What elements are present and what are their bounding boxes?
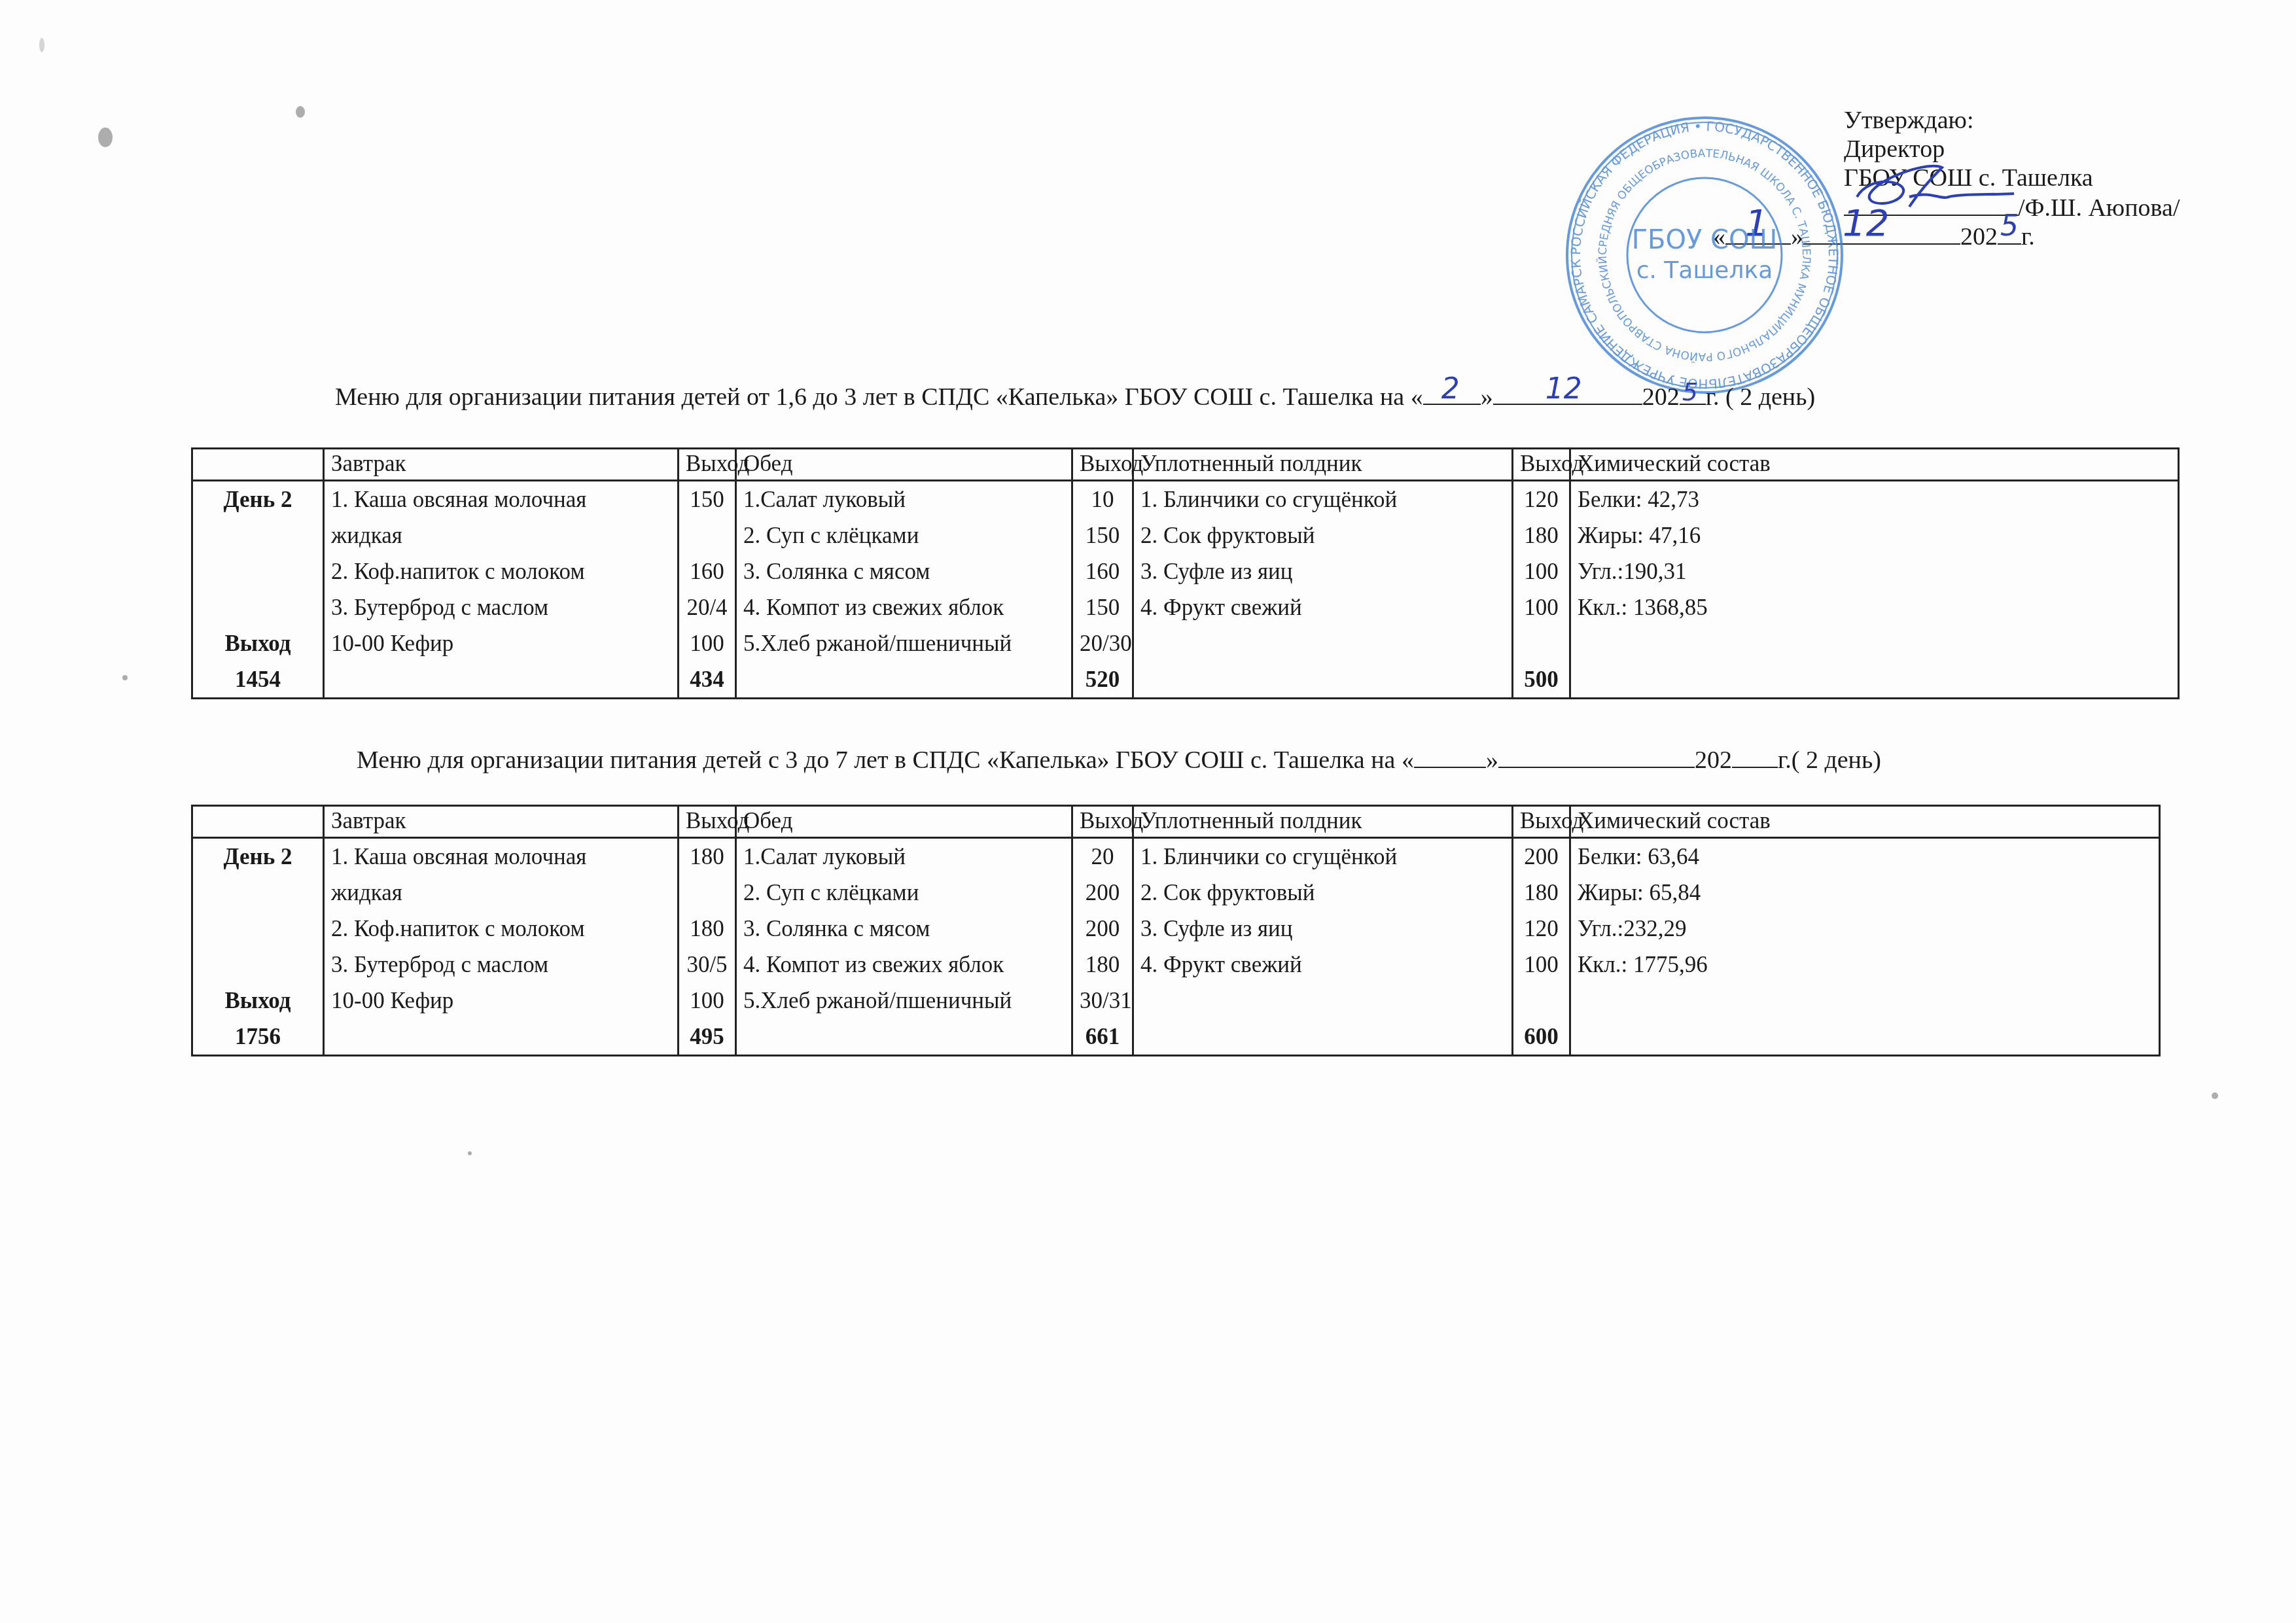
chemical-value	[1578, 661, 2171, 697]
chemical-value: Угл.:232,29	[1578, 911, 2152, 947]
menu-1-day-blank: 2	[1423, 381, 1481, 405]
breakfast-yield: 30/5	[686, 947, 728, 983]
day-cell: День 2 Выход 1454	[192, 481, 324, 699]
snack-item: 3. Суфле из яиц	[1140, 911, 1505, 947]
snack-yield: 500	[1520, 661, 1563, 697]
lunch-yield: 10	[1080, 481, 1125, 517]
menu-2-month-blank	[1498, 744, 1695, 768]
lunch-yield: 20	[1080, 839, 1125, 875]
lunch-item: 1.Салат луковый	[743, 481, 1065, 517]
breakfast-yields: 15016020/4100434	[679, 481, 736, 699]
snack-item: 4. Фрукт свежий	[1140, 589, 1505, 625]
breakfast-items: 1. Каша овсяная молочнаяжидкая2. Коф.нап…	[324, 838, 679, 1056]
lunch-item: 1.Салат луковый	[743, 839, 1065, 875]
snack-yield	[1520, 983, 1563, 1019]
approval-year-handwritten: 5	[2000, 212, 2019, 241]
lunch-item: 3. Солянка с мясом	[743, 911, 1065, 947]
approval-signatory: /Ф.Ш. Аюпова/	[2018, 194, 2180, 222]
header-lunch: Обед	[736, 449, 1072, 481]
menu-1-year-blank: 5	[1680, 381, 1706, 405]
header-empty	[192, 449, 324, 481]
header-yield: Выход	[679, 806, 736, 838]
table-header-row: Завтрак Выход Обед Выход Уплотненный пол…	[192, 806, 2160, 838]
breakfast-item: 3. Бутерброд с маслом	[331, 947, 671, 983]
lunch-yield: 200	[1080, 875, 1125, 911]
snack-yield: 100	[1520, 947, 1563, 983]
lunch-item: 2. Суп с клёцками	[743, 517, 1065, 553]
menu-2-year-blank	[1732, 744, 1778, 768]
approval-month-blank: 12	[1803, 221, 1960, 245]
snack-item	[1140, 1019, 1505, 1055]
scan-speck	[122, 675, 128, 680]
lunch-yield: 661	[1080, 1019, 1125, 1055]
lunch-yield: 150	[1080, 589, 1125, 625]
snack-yield: 100	[1520, 553, 1563, 589]
lunch-yield: 150	[1080, 517, 1125, 553]
snack-item	[1140, 983, 1505, 1019]
header-empty	[192, 806, 324, 838]
header-chemical: Химический состав	[1570, 449, 2179, 481]
chemical-value: Жиры: 65,84	[1578, 875, 2152, 911]
lunch-yields: 1015016015020/30520	[1072, 481, 1133, 699]
breakfast-yield: 434	[686, 661, 728, 697]
snack-yields: 120180100100500	[1513, 481, 1570, 699]
breakfast-yield: 495	[686, 1019, 728, 1055]
snack-item	[1140, 661, 1505, 697]
breakfast-item: 2. Коф.напиток с молоком	[331, 553, 671, 589]
scan-speck	[2212, 1092, 2218, 1099]
lunch-item: 2. Суп с клёцками	[743, 875, 1065, 911]
snack-yield: 120	[1520, 481, 1563, 517]
header-snack: Уплотненный полдник	[1133, 449, 1513, 481]
header-yield: Выход	[1072, 449, 1133, 481]
total-label: Выход	[200, 983, 316, 1019]
chemical-composition: Белки: 42,73Жиры: 47,16Угл.:190,31Ккл.: …	[1570, 481, 2179, 699]
chemical-composition: Белки: 63,64Жиры: 65,84Угл.:232,29Ккл.: …	[1570, 838, 2160, 1056]
breakfast-item: 1. Каша овсяная молочная	[331, 481, 671, 517]
day-cell: День 2 Выход 1756	[192, 838, 324, 1056]
snack-items: 1. Блинчики со сгущёнкой2. Сок фруктовый…	[1133, 481, 1513, 699]
breakfast-item: 10-00 Кефир	[331, 983, 671, 1019]
breakfast-item: 10-00 Кефир	[331, 625, 671, 661]
approval-day-blank: 1	[1725, 221, 1791, 245]
scan-speck	[468, 1151, 472, 1155]
snack-yield: 100	[1520, 589, 1563, 625]
lunch-yield: 30/31	[1080, 983, 1125, 1019]
menu-2-table: Завтрак Выход Обед Выход Уплотненный пол…	[191, 805, 2161, 1056]
breakfast-item: жидкая	[331, 517, 671, 553]
approval-year-blank: 5	[1998, 221, 2021, 245]
table-header-row: Завтрак Выход Обед Выход Уплотненный пол…	[192, 449, 2179, 481]
menu-1-table: Завтрак Выход Обед Выход Уплотненный пол…	[191, 447, 2180, 699]
header-yield: Выход	[1513, 806, 1570, 838]
header-yield: Выход	[1513, 449, 1570, 481]
breakfast-yield: 150	[686, 481, 728, 517]
stamp-outer-text: РОССИЙСКАЯ ФЕДЕРАЦИЯ • ГОСУДАРСТВЕННОЕ Б…	[1564, 114, 1841, 392]
chemical-value: Угл.:190,31	[1578, 553, 2171, 589]
chemical-value	[1578, 625, 2171, 661]
breakfast-yield	[686, 875, 728, 911]
chemical-value	[1578, 1019, 2152, 1055]
approval-month-handwritten: 12	[1843, 209, 1889, 238]
breakfast-item: 3. Бутерброд с маслом	[331, 589, 671, 625]
scan-speck	[98, 128, 113, 147]
lunch-item: 3. Солянка с мясом	[743, 553, 1065, 589]
table-row: День 2 Выход 1454 1. Каша овсяная молочн…	[192, 481, 2179, 699]
snack-yields: 200180120100600	[1513, 838, 1570, 1056]
lunch-yield: 200	[1080, 911, 1125, 947]
approval-block: Утверждаю: Директор ГБОУ СОШ с. Ташелка …	[1844, 106, 2180, 250]
snack-item: 1. Блинчики со сгущёнкой	[1140, 839, 1505, 875]
approval-date: «1»122025г.	[1713, 221, 2180, 250]
breakfast-item: 2. Коф.напиток с молоком	[331, 911, 671, 947]
total-label: Выход	[200, 625, 316, 661]
lunch-yields: 2020020018030/31661	[1072, 838, 1133, 1056]
lunch-items: 1.Салат луковый 2. Суп с клёцками3. Соля…	[736, 838, 1072, 1056]
stamp-center-line2: с. Ташелка	[1636, 257, 1773, 284]
breakfast-yield: 100	[686, 625, 728, 661]
snack-yield: 120	[1520, 911, 1563, 947]
scan-speck	[39, 38, 44, 52]
menu-1-month-blank: 12	[1493, 381, 1642, 405]
breakfast-yield: 160	[686, 553, 728, 589]
lunch-item: 4. Компот из свежих яблок	[743, 589, 1065, 625]
lunch-item: 4. Компот из свежих яблок	[743, 947, 1065, 983]
chemical-value: Белки: 63,64	[1578, 839, 2152, 875]
breakfast-item	[331, 1019, 671, 1055]
snack-yield: 180	[1520, 875, 1563, 911]
day-label: День 2	[200, 839, 316, 875]
header-breakfast: Завтрак	[324, 449, 679, 481]
snack-item: 1. Блинчики со сгущёнкой	[1140, 481, 1505, 517]
menu-2-day-blank	[1414, 744, 1486, 768]
chemical-value: Ккл.: 1775,96	[1578, 947, 2152, 983]
menu-2-title: Меню для организации питания детей с 3 д…	[357, 744, 1881, 775]
breakfast-item	[331, 661, 671, 697]
lunch-item	[743, 1019, 1065, 1055]
breakfast-yield: 180	[686, 839, 728, 875]
breakfast-yield: 100	[686, 983, 728, 1019]
menu-1-title: Меню для организации питания детей от 1,…	[335, 381, 1815, 411]
chemical-value: Ккл.: 1368,85	[1578, 589, 2171, 625]
breakfast-yield: 180	[686, 911, 728, 947]
lunch-item: 5.Хлеб ржаной/пшеничный	[743, 983, 1065, 1019]
header-snack: Уплотненный полдник	[1133, 806, 1513, 838]
breakfast-yields: 18018030/5100495	[679, 838, 736, 1056]
snack-yield: 180	[1520, 517, 1563, 553]
total-value: 1454	[200, 661, 316, 697]
scan-speck	[296, 106, 305, 118]
breakfast-item: 1. Каша овсяная молочная	[331, 839, 671, 875]
chemical-value: Жиры: 47,16	[1578, 517, 2171, 553]
chemical-value	[1578, 983, 2152, 1019]
snack-item: 2. Сок фруктовый	[1140, 517, 1505, 553]
header-yield: Выход	[679, 449, 736, 481]
lunch-item: 5.Хлеб ржаной/пшеничный	[743, 625, 1065, 661]
snack-item: 2. Сок фруктовый	[1140, 875, 1505, 911]
official-stamp-icon: РОССИЙСКАЯ ФЕДЕРАЦИЯ • ГОСУДАРСТВЕННОЕ Б…	[1564, 114, 1845, 396]
breakfast-yield: 20/4	[686, 589, 728, 625]
lunch-yield: 520	[1080, 661, 1125, 697]
lunch-yield: 20/30	[1080, 625, 1125, 661]
breakfast-item: жидкая	[331, 875, 671, 911]
chemical-value: Белки: 42,73	[1578, 481, 2171, 517]
header-breakfast: Завтрак	[324, 806, 679, 838]
lunch-yield: 160	[1080, 553, 1125, 589]
snack-item: 4. Фрукт свежий	[1140, 947, 1505, 983]
total-value: 1756	[200, 1019, 316, 1055]
breakfast-items: 1. Каша овсяная молочнаяжидкая2. Коф.нап…	[324, 481, 679, 699]
approval-heading: Утверждаю:	[1844, 106, 2180, 135]
snack-items: 1. Блинчики со сгущёнкой2. Сок фруктовый…	[1133, 838, 1513, 1056]
approval-position: Директор	[1844, 135, 2180, 164]
snack-item: 3. Суфле из яиц	[1140, 553, 1505, 589]
breakfast-yield	[686, 517, 728, 553]
lunch-items: 1.Салат луковый 2. Суп с клёцками3. Соля…	[736, 481, 1072, 699]
header-yield: Выход	[1072, 806, 1133, 838]
lunch-yield: 180	[1080, 947, 1125, 983]
snack-item	[1140, 625, 1505, 661]
snack-yield: 600	[1520, 1019, 1563, 1055]
day-label: День 2	[200, 481, 316, 517]
header-lunch: Обед	[736, 806, 1072, 838]
header-chemical: Химический состав	[1570, 806, 2160, 838]
snack-yield: 200	[1520, 839, 1563, 875]
approval-day-handwritten: 1	[1745, 209, 1769, 238]
lunch-item	[743, 661, 1065, 697]
table-row: День 2 Выход 1756 1. Каша овсяная молочн…	[192, 838, 2160, 1056]
snack-yield	[1520, 625, 1563, 661]
